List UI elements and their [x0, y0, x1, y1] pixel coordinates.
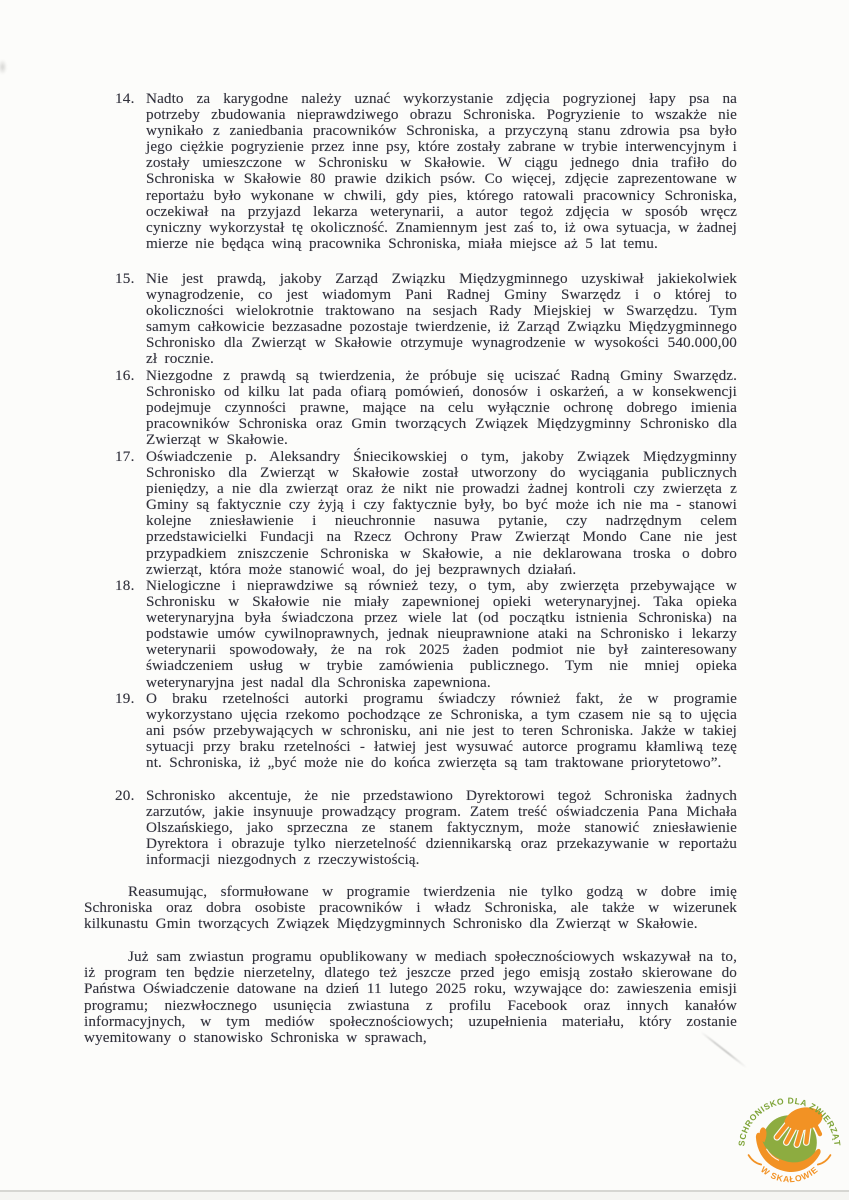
paragraph-number: 14. — [115, 91, 143, 107]
shelter-logo: SCHRONISKO DLA ZWIERZĄT W SKAŁOWIE — [737, 1090, 842, 1195]
paragraph-text: Schronisko akcentuje, że nie przedstawio… — [146, 787, 737, 868]
numbered-paragraph-18: 18. Nielogiczne i nieprawdziwe są równie… — [115, 578, 737, 691]
closing-paragraphs: Reasumując, sformułowane w programie twi… — [84, 884, 737, 1063]
closing-paragraph-summary: Reasumując, sformułowane w programie twi… — [84, 884, 737, 932]
paragraph-number: 15. — [115, 271, 143, 287]
paragraph-text: O braku rzetelności autorki programu świ… — [146, 690, 737, 771]
numbered-paragraph-14: 14. Nadto za karygodne należy uznać wyko… — [115, 91, 737, 252]
numbered-paragraph-15: 15. Nie jest prawdą, jakoby Zarząd Związ… — [115, 271, 737, 368]
paragraph-text: Nadto za karygodne należy uznać wykorzys… — [146, 90, 737, 252]
paragraph-text: Niezgodne z prawdą są twierdzenia, że pr… — [146, 367, 737, 448]
numbered-paragraph-20: 20. Schronisko akcentuje, że nie przedst… — [115, 788, 737, 868]
scanned-document-page: 14. Nadto za karygodne należy uznać wyko… — [0, 0, 849, 1200]
paragraph-text: Oświadczenie p. Aleksandry Śniecikowskie… — [146, 448, 737, 578]
paragraph-number: 17. — [115, 449, 143, 465]
scan-smudge — [0, 57, 8, 77]
paragraph-number: 20. — [115, 788, 143, 804]
numbered-paragraph-16: 16. Niezgodne z prawdą są twierdzenia, ż… — [115, 368, 737, 448]
paragraph-text: Nie jest prawdą, jakoby Zarząd Związku M… — [146, 270, 737, 367]
paragraph-number: 16. — [115, 368, 143, 384]
closing-paragraph-demands: Już sam zwiastun programu opublikowany w… — [84, 949, 737, 1046]
scanner-background-strip — [0, 1192, 849, 1200]
paragraph-number: 19. — [115, 691, 143, 707]
paragraph-number: 18. — [115, 578, 143, 594]
paragraph-text: Nielogiczne i nieprawdziwe są również te… — [146, 577, 737, 691]
numbered-paragraph-19: 19. O braku rzetelności autorki programu… — [115, 691, 737, 771]
numbered-paragraph-17: 17. Oświadczenie p. Aleksandry Śniecikow… — [115, 449, 737, 578]
